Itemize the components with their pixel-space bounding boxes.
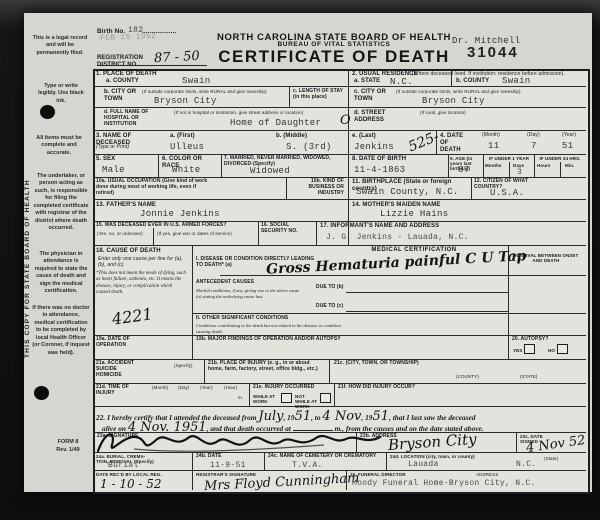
- residence-city-note: (If outside corporate limits, write RURA…: [396, 89, 576, 94]
- city-of-death-note: (If outside corporate limits, write RURA…: [142, 89, 282, 94]
- death-year-value: 51: [562, 142, 573, 152]
- informant-label: 17. INFORMANT'S NAME AND ADDRESS: [320, 223, 500, 230]
- rule: [289, 86, 290, 107]
- rule: [158, 154, 159, 177]
- last-name-value: Jenkins: [354, 143, 394, 153]
- hospital-note: (If not in hospital or institution, give…: [174, 110, 344, 115]
- morbid-conditions-note: Morbid conditions, if any, giving rise t…: [196, 288, 304, 299]
- residence-state-label: a. STATE: [354, 78, 380, 85]
- margin-note-undertaker: The undertaker, or person acting as such…: [32, 173, 90, 232]
- injury-month-label: (Month): [152, 385, 168, 390]
- injury-occurred-label: 21e. INJURY OCCURRED: [253, 385, 323, 391]
- cemetery-label: 24c. NAME OF CEMETERY OR CREMATORY: [268, 454, 384, 460]
- autopsy-no-checkbox: [557, 344, 568, 354]
- street-address-label: d. STREET ADDRESS: [354, 110, 394, 124]
- rule: [509, 162, 510, 177]
- hours-label: Hours: [537, 163, 551, 168]
- place-of-injury-label: 21b. PLACE OF INJURY (e. g., in or about…: [208, 361, 324, 373]
- age-value: 87: [458, 166, 469, 176]
- other-conditions-note: Conditions contributing to the death but…: [196, 323, 356, 334]
- burial-location-state-label: (State): [544, 456, 558, 461]
- last-name-label: e. (Last): [352, 133, 376, 140]
- mother-name-value: Lizzie Hains: [380, 210, 448, 220]
- certificate-title: CERTIFICATE OF DEATH: [184, 47, 484, 67]
- cause-of-death-label: 18. CAUSE OF DEATH: [96, 248, 161, 255]
- industry-label: 10b. KIND OF BUSINESS OR INDUSTRY: [290, 179, 344, 196]
- margin-note-no-doctor: If there was no doctor in attendance, me…: [32, 305, 90, 357]
- rule: [346, 311, 508, 312]
- sex-label: 5. SEX: [96, 156, 115, 163]
- city-of-death-label: b. CITY OR TOWN: [104, 89, 138, 103]
- usual-residence-note: (Where deceased lived. If institution: r…: [412, 72, 565, 78]
- days-value: 3: [517, 169, 522, 178]
- rule: [221, 154, 222, 177]
- time-of-injury-label: 21d. TIME OF INJURY: [96, 385, 136, 397]
- burial-location-state-value: N.C.: [516, 461, 536, 470]
- injury-day-label: (Day): [178, 385, 190, 390]
- middle-name-value: S. (3rd): [286, 143, 332, 153]
- father-name-value: Jonnie Jenkins: [140, 210, 220, 220]
- operation-findings-label: 19b. MAJOR FINDINGS OF OPERATION AND/OR …: [196, 337, 436, 343]
- autopsy-yes-checkbox: [524, 344, 535, 354]
- form-revision: Rev. 1/49: [48, 447, 88, 454]
- rule: [386, 452, 387, 470]
- marital-status-value: Widowed: [250, 167, 290, 177]
- residence-city-value: Bryson City: [422, 97, 485, 107]
- ssn-label: 16. SOCIAL SECURITY NO.: [261, 223, 313, 235]
- antecedent-causes-label: ANTECEDENT CAUSES: [196, 280, 254, 286]
- funeral-director-address-label: ADDRESS: [476, 472, 498, 477]
- funeral-director-label: 25. FUNERAL DIRECTOR: [350, 472, 406, 477]
- rule: [471, 177, 472, 199]
- residence-county-label: b. COUNTY: [456, 78, 489, 85]
- first-name-label: a. (First): [170, 133, 195, 140]
- rule: [93, 245, 586, 246]
- months-label: Months: [485, 163, 502, 168]
- residence-county-value: Swain: [502, 77, 531, 87]
- rule: [448, 154, 449, 177]
- hole-punch-icon: [40, 105, 55, 119]
- date-of-birth-label: 8. DATE OF BIRTH: [352, 156, 406, 163]
- mode-of-dying-footnote: *This does not mean the mode of dying, s…: [96, 271, 186, 296]
- injury-city-label: 21c. (CITY, TOWN, OR TOWNSHIP): [334, 361, 444, 367]
- injury-year-label: (Year): [200, 385, 213, 390]
- funeral-director-value: Moody Funeral Home-Bryson City, N.C.: [352, 480, 536, 489]
- date-received-value: 1 - 10 - 52: [100, 478, 162, 490]
- autopsy-no-label: NO: [548, 348, 555, 353]
- county-of-death-label: a. COUNTY: [106, 78, 139, 85]
- rule: [97, 65, 207, 66]
- rule: [93, 154, 586, 155]
- burial-type-value: Burial: [108, 462, 139, 471]
- registration-district-label: REGISTRATION DISTRICT NO.: [97, 55, 157, 69]
- burial-date-label: 24b. DATE: [196, 454, 222, 460]
- type-or-print-note: (Type or Print): [96, 145, 129, 151]
- father-name-label: 13. FATHER'S NAME: [96, 202, 156, 209]
- due-to-c-label: DUE TO (c): [316, 304, 343, 310]
- date-of-birth-value: 11-4-1863: [354, 166, 405, 176]
- margin-note-type-legibly: Type or write legibly. Use black ink.: [36, 83, 86, 105]
- rule: [534, 154, 535, 177]
- burial-date-value: 11-9-51: [210, 462, 246, 471]
- hospital-label: d. FULL NAME OF HOSPITAL OR INSTITUTION: [104, 110, 168, 127]
- certificate-number-stamp: 31044: [467, 44, 519, 61]
- rule: [93, 107, 586, 108]
- rule: [204, 359, 205, 383]
- death-day-value: 7: [531, 142, 537, 152]
- armed-forces-note2: (If yes, give war or dates of service): [157, 231, 253, 236]
- rule: [192, 245, 193, 359]
- birthplace-value: Swain County, N.C.: [356, 188, 459, 198]
- injury-m-label: m.: [238, 395, 243, 400]
- date-of-operation-label: 19a. DATE OF OPERATION: [96, 337, 156, 349]
- sex-value: Male: [102, 166, 125, 176]
- rule: [329, 359, 330, 383]
- hospital-handwritten-mark: O: [340, 114, 351, 127]
- county-of-death-value: Swain: [182, 77, 211, 87]
- rule: [560, 162, 561, 177]
- rule: [286, 177, 287, 199]
- rule: [516, 432, 517, 452]
- other-significant-conditions-label: II. OTHER SIGNIFICANT CONDITIONS: [196, 316, 288, 322]
- due-to-b-label: DUE TO (b): [316, 285, 344, 291]
- accident-suicide-homicide-label: 21a. ACCIDENT SUICIDE HOMICIDE: [96, 361, 142, 378]
- rule: [93, 470, 586, 471]
- autopsy-yes-label: YES: [513, 348, 522, 353]
- if-under-24-hrs-label: IF UNDER 24 HRS.: [536, 156, 584, 161]
- form-number: FORM 8: [48, 439, 88, 446]
- city-of-death-value: Bryson City: [154, 97, 217, 107]
- registration-district-value: 87 - 50: [154, 50, 200, 65]
- date-of-death-label: 4. DATE OF DEATH: [440, 133, 470, 154]
- street-address-note: (If rural, give location): [420, 110, 466, 115]
- rule: [192, 313, 586, 314]
- residence-state-value: N.C.: [390, 78, 413, 88]
- middle-name-label: b. (Middle): [276, 133, 307, 140]
- rule: [93, 406, 586, 407]
- how-injury-occurred-label: 21f. HOW DID INJURY OCCUR?: [338, 385, 458, 391]
- received-stamp: FEB 15 1952: [100, 33, 156, 44]
- injury-county-label: (COUNTY): [456, 374, 479, 379]
- injury-state-label: (STATE): [520, 374, 538, 379]
- cemetery-value: T.V.A.: [292, 462, 323, 471]
- not-while-at-work-label: NOT WHILE AT WORK: [295, 394, 321, 410]
- mother-name-label: 14. MOTHER'S MAIDEN NAME: [352, 202, 441, 209]
- citizen-value: U.S.A.: [490, 189, 524, 199]
- usual-occupation-label: 10a. USUAL OCCUPATION (Give kind of work…: [96, 179, 214, 196]
- length-of-stay-label: c. LENGTH OF STAY (in this place): [293, 89, 345, 101]
- rule: [153, 228, 154, 245]
- rule: [316, 221, 317, 245]
- specify-note: (Specify): [174, 363, 193, 368]
- margin-note-legal-record: This is a legal record and will be perma…: [30, 35, 90, 57]
- if-under-1-year-label: IF UNDER 1 YEAR: [485, 156, 533, 161]
- armed-forces-label: 15. WAS DECEASED EVER IN U.S. ARMED FORC…: [96, 223, 254, 229]
- photo-background: { "sidebar": { "vertical_text": "THIS CO…: [0, 0, 600, 520]
- rule: [334, 383, 335, 406]
- burial-location-value: Lauada: [408, 461, 439, 470]
- margin-note-physician: The physician in attendance is required …: [32, 251, 90, 296]
- residence-city-label: c. CITY OR TOWN: [354, 89, 390, 103]
- first-name-value: Ulleus: [170, 143, 204, 153]
- hole-punch-icon: [34, 386, 49, 400]
- death-certificate-document: This is a legal record and will be perma…: [24, 13, 592, 492]
- rule: [483, 154, 484, 177]
- rule: [346, 292, 508, 293]
- death-month-value: 11: [488, 142, 499, 152]
- not-while-at-work-checkbox: [320, 393, 331, 403]
- death-month-label: (Month): [482, 133, 500, 139]
- minutes-label: Min.: [565, 163, 574, 168]
- armed-forces-note1: (Yes, no, or unknown): [97, 231, 149, 236]
- while-at-work-label: WHILE AT WORK: [253, 394, 279, 404]
- place-of-death-label: 1. PLACE OF DEATH: [96, 71, 157, 78]
- hospital-value: Home of Daughter: [230, 119, 321, 129]
- death-day-label: (Day): [527, 133, 540, 139]
- while-at-work-checkbox: [281, 393, 292, 403]
- rule: [192, 470, 193, 490]
- rule: [348, 69, 349, 245]
- rule: [93, 199, 586, 200]
- rule: [258, 221, 259, 245]
- informant-value: J. G. Jenkins - Lauada, N.C.: [326, 234, 469, 243]
- burial-location-label: 24d. LOCATION (city, town, or county): [390, 454, 490, 459]
- death-year-label: (Year): [562, 133, 576, 139]
- enter-one-cause-note: Enter only one cause per line for (a), (…: [98, 257, 186, 269]
- copy-for-state-board-vertical-label: THIS COPY FOR STATE BOARD OF HEALTH: [24, 143, 31, 358]
- rule: [249, 383, 250, 406]
- injury-hour-label: (Hour): [224, 385, 237, 390]
- margin-note-complete-accurate: All items must be complete and accurate.: [30, 135, 88, 157]
- autopsy-label: 20. AUTOPSY?: [512, 337, 549, 343]
- race-value: White: [172, 166, 201, 176]
- rule: [93, 130, 586, 131]
